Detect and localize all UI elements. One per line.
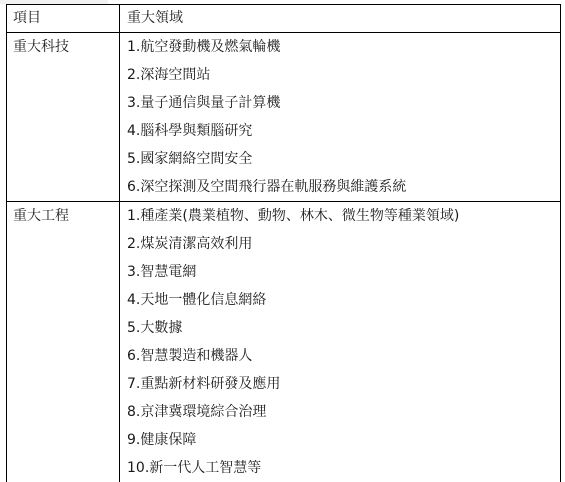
table-header-row: 項目 重大領域	[7, 5, 561, 33]
list-item: 2.深海空間站	[127, 61, 560, 89]
list-item: 5.大數據	[127, 314, 560, 342]
category-cell: 重大工程	[7, 202, 120, 482]
list-item: 1.航空發動機及燃氣輪機	[127, 33, 560, 61]
list-item: 9.健康保障	[127, 426, 560, 454]
list-item: 8.京津冀環境綜合治理	[127, 398, 560, 426]
list-item: 7.重點新材料研發及應用	[127, 370, 560, 398]
table-row: 重大科技 1.航空發動機及燃氣輪機 2.深海空間站 3.量子通信與量子計算機 4…	[7, 33, 561, 202]
list-item: 5.國家網絡空間安全	[127, 145, 560, 173]
list-item: 3.智慧電網	[127, 258, 560, 286]
table-row: 重大工程 1.種產業(農業植物、動物、林木、微生物等種業領域) 2.煤炭清潔高效…	[7, 202, 561, 482]
major-fields-table: 項目 重大領域 重大科技 1.航空發動機及燃氣輪機 2.深海空間站 3.量子通信…	[6, 4, 561, 482]
header-major-field: 重大領域	[120, 5, 561, 33]
list-item: 10.新一代人工智慧等	[127, 454, 560, 482]
list-item: 3.量子通信與量子計算機	[127, 89, 560, 117]
category-label: 重大工程	[13, 202, 119, 230]
list-item: 2.煤炭清潔高效利用	[127, 230, 560, 258]
list-item: 1.種產業(農業植物、動物、林木、微生物等種業領域)	[127, 202, 560, 230]
category-cell: 重大科技	[7, 33, 120, 202]
header-major-field-label: 重大領域	[127, 5, 560, 32]
list-item: 6.深空探測及空間飛行器在軌服務與維護系統	[127, 173, 560, 201]
list-item: 4.天地一體化信息網絡	[127, 286, 560, 314]
category-label: 重大科技	[13, 33, 119, 61]
list-item: 4.腦科學與類腦研究	[127, 117, 560, 145]
header-item: 項目	[7, 5, 120, 33]
list-item: 6.智慧製造和機器人	[127, 342, 560, 370]
items-cell: 1.種產業(農業植物、動物、林木、微生物等種業領域) 2.煤炭清潔高效利用 3.…	[120, 202, 561, 482]
items-cell: 1.航空發動機及燃氣輪機 2.深海空間站 3.量子通信與量子計算機 4.腦科學與…	[120, 33, 561, 202]
header-item-label: 項目	[13, 5, 119, 32]
